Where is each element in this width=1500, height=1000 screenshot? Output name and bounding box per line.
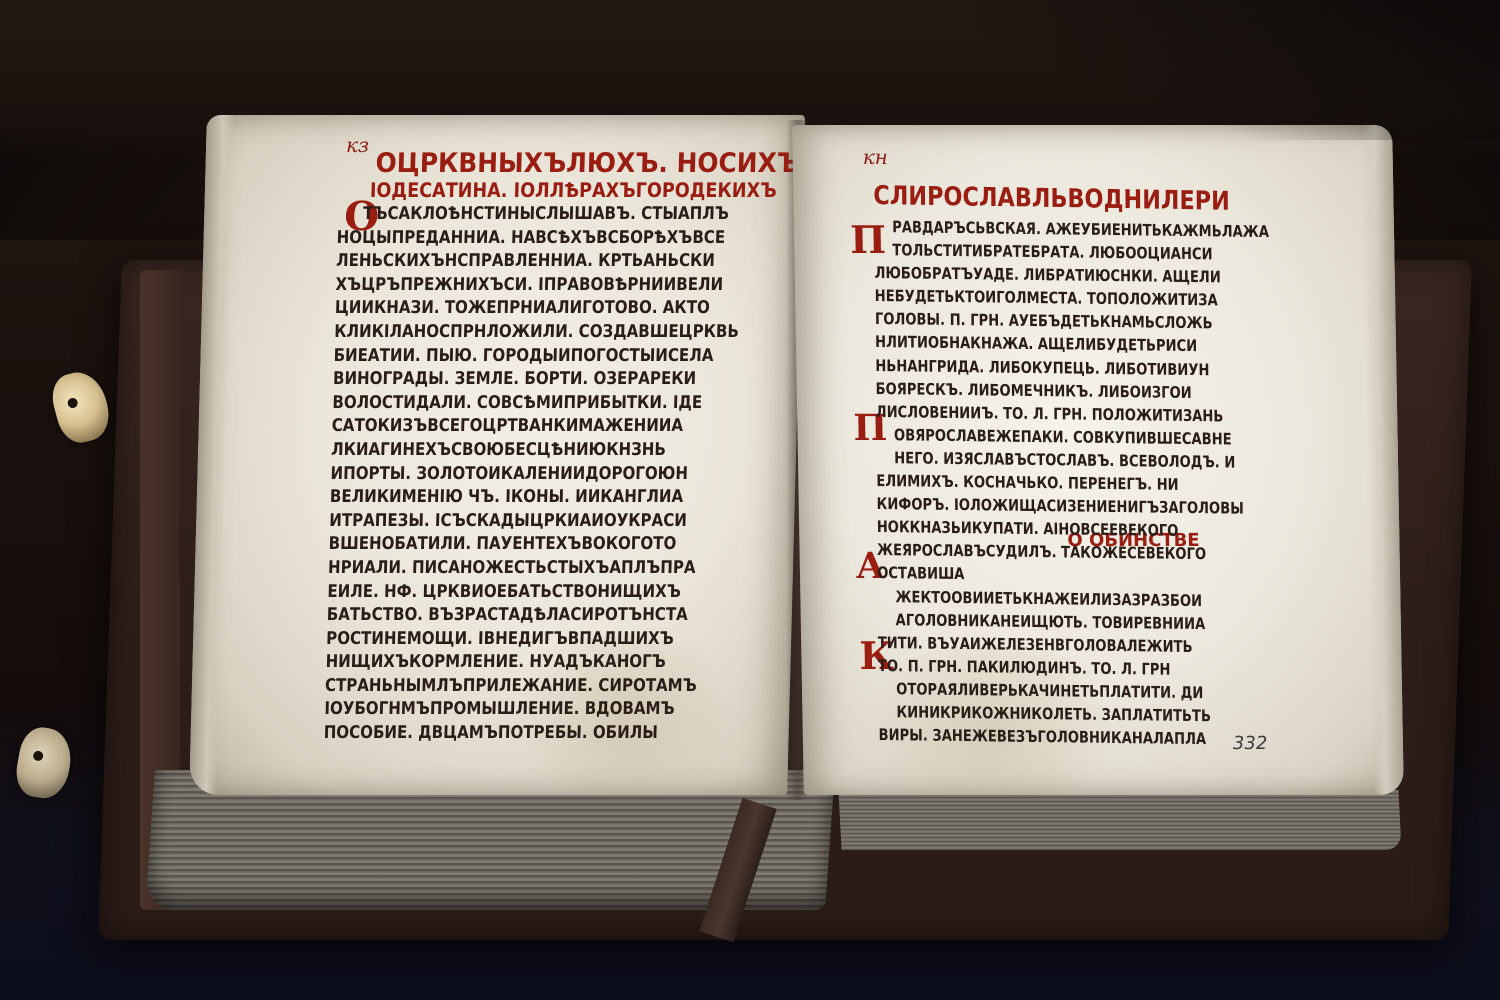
folio-number: кз [346,133,369,157]
folio-number: кн [863,145,889,169]
text-line: НИЩИХЪКОРМЛЕНИЕ. НУАДЪКАНОГЪ [325,651,730,675]
text-line: ВШЕНОБАТИЛИ. ПАУЕНТЕХЪВОКОГОТО [328,533,733,557]
text-line: КЛИКІЛАНОСПРНЛОЖИЛИ. СОЗДАВШЕЦРКВЬ [334,321,739,345]
dark-corner-shadow [820,0,1500,140]
text-line: НОЦЫПРЕДАННИА. НАВСѢХЪВСБОРѢХЪВСЕ [336,227,741,251]
right-page-stack [838,790,1401,850]
left-page: кз ОЦРКВНЫХЪЛЮХЪ. НОСИХЪ ІОДЕСАТИНА. ІОЛ… [189,115,805,795]
rubric-heading: СЛИРОСЛАВЛЬВОДНИЛЕРИ [873,181,1230,217]
text-line: ВОЛОСТИДАЛИ. СОВСѢМИПРИБЫТКИ. ІДЕ [332,392,737,416]
rubric-heading: ОЦРКВНЫХЪЛЮХЪ. НОСИХЪ [375,148,800,179]
text-line: ЦИИКНАЗИ. ТОЖЕПРНИАЛИГОТОВО. АКТО [335,297,740,321]
text-line: ЕИЛЕ. НФ. ЦРКВИОЕБАТЬСТВОНИЩИХЪ [327,581,732,605]
text-line: ХЪЦРЪПРЕЖНИХЪСИ. ІПРАВОВѢРНИИВЕЛИ [335,274,740,298]
text-line: ЛКИАГИНЕХЪСВОЮБЕСЦѢНИЮКНЗНЬ [331,439,736,463]
text-line: ИТРАПЕЗЫ. ІСЪСКАДЫЦРКИАИОУКРАСИ [329,510,734,534]
text-line: ПОСОБИЕ. ДВЦАМЪПОТРЕБЫ. ОБИЛЫ [323,722,728,746]
manuscript-text: ТЪСАКЛОѢНСТИНЫСЛЫШАВЪ. СТЫАПЛЪ НОЦЫПРЕДА… [323,203,742,746]
text-line: ВИНОГРАДЫ. ЗЕМЛЕ. БОРТИ. ОЗЕРАРЕКИ [333,368,738,392]
text-line: САТОКИЗЪВСЕГОЦРТВАНКИМАЖЕНИИА [331,415,736,439]
right-page: кн СЛИРОСЛАВЛЬВОДНИЛЕРИ П П А К О ОБИНСТ… [792,125,1404,795]
manuscript-text: РАВДАРЪСЬВСКАЯ. АЖЕУБИЕНИТЬКАЖМЬЛАЖА ТОЛ… [874,215,1274,751]
text-line: ЛЕНЬСКИХЪНСПРАВЛЕННИА. КРТЬАНЬСКИ [336,250,741,274]
text-line: БИЕАТИИ. ПЫЮ. ГОРОДЫИПОГОСТЫИСЕЛА [333,345,738,369]
text-line: НРИАЛИ. ПИСАНОЖЕСТЬСТЫХЪАПЛЪПРА [328,557,733,581]
pencil-page-number: 332 [1233,733,1268,754]
text-line: ТЪСАКЛОѢНСТИНЫСЛЫШАВЪ. СТЫАПЛЪ [337,203,742,227]
museum-display-scene: кз ОЦРКВНЫХЪЛЮХЪ. НОСИХЪ ІОДЕСАТИНА. ІОЛ… [0,0,1500,1000]
text-line: ИПОРТЫ. ЗОЛОТОИКАЛЕНИИДОРОГОЮН [330,463,735,487]
text-line: РОСТИНЕМОЩИ. ІВНЕДИГЪВПАДШИХЪ [326,628,731,652]
text-line: ВЕЛИКИМЕНІЮ ЧЪ. ІКОНЫ. ИИКАНГЛИА [330,486,735,510]
rubric-subheading: ІОДЕСАТИНА. ІОЛЛѢРАХЪГОРОДЕКИХЪ [370,178,777,202]
text-line: ІОУБОГНМЪПРОМЫШЛЕНИЕ. ВДОВАМЪ [324,698,729,722]
text-line: СТРАНЬНЫМЛЪПРИЛЕЖАНИЕ. СИРОТАМЪ [325,675,730,699]
text-line: БАТЬСТВО. ВЪЗРАСТАДѢЛАСИРОТЪНСТА [326,604,731,628]
